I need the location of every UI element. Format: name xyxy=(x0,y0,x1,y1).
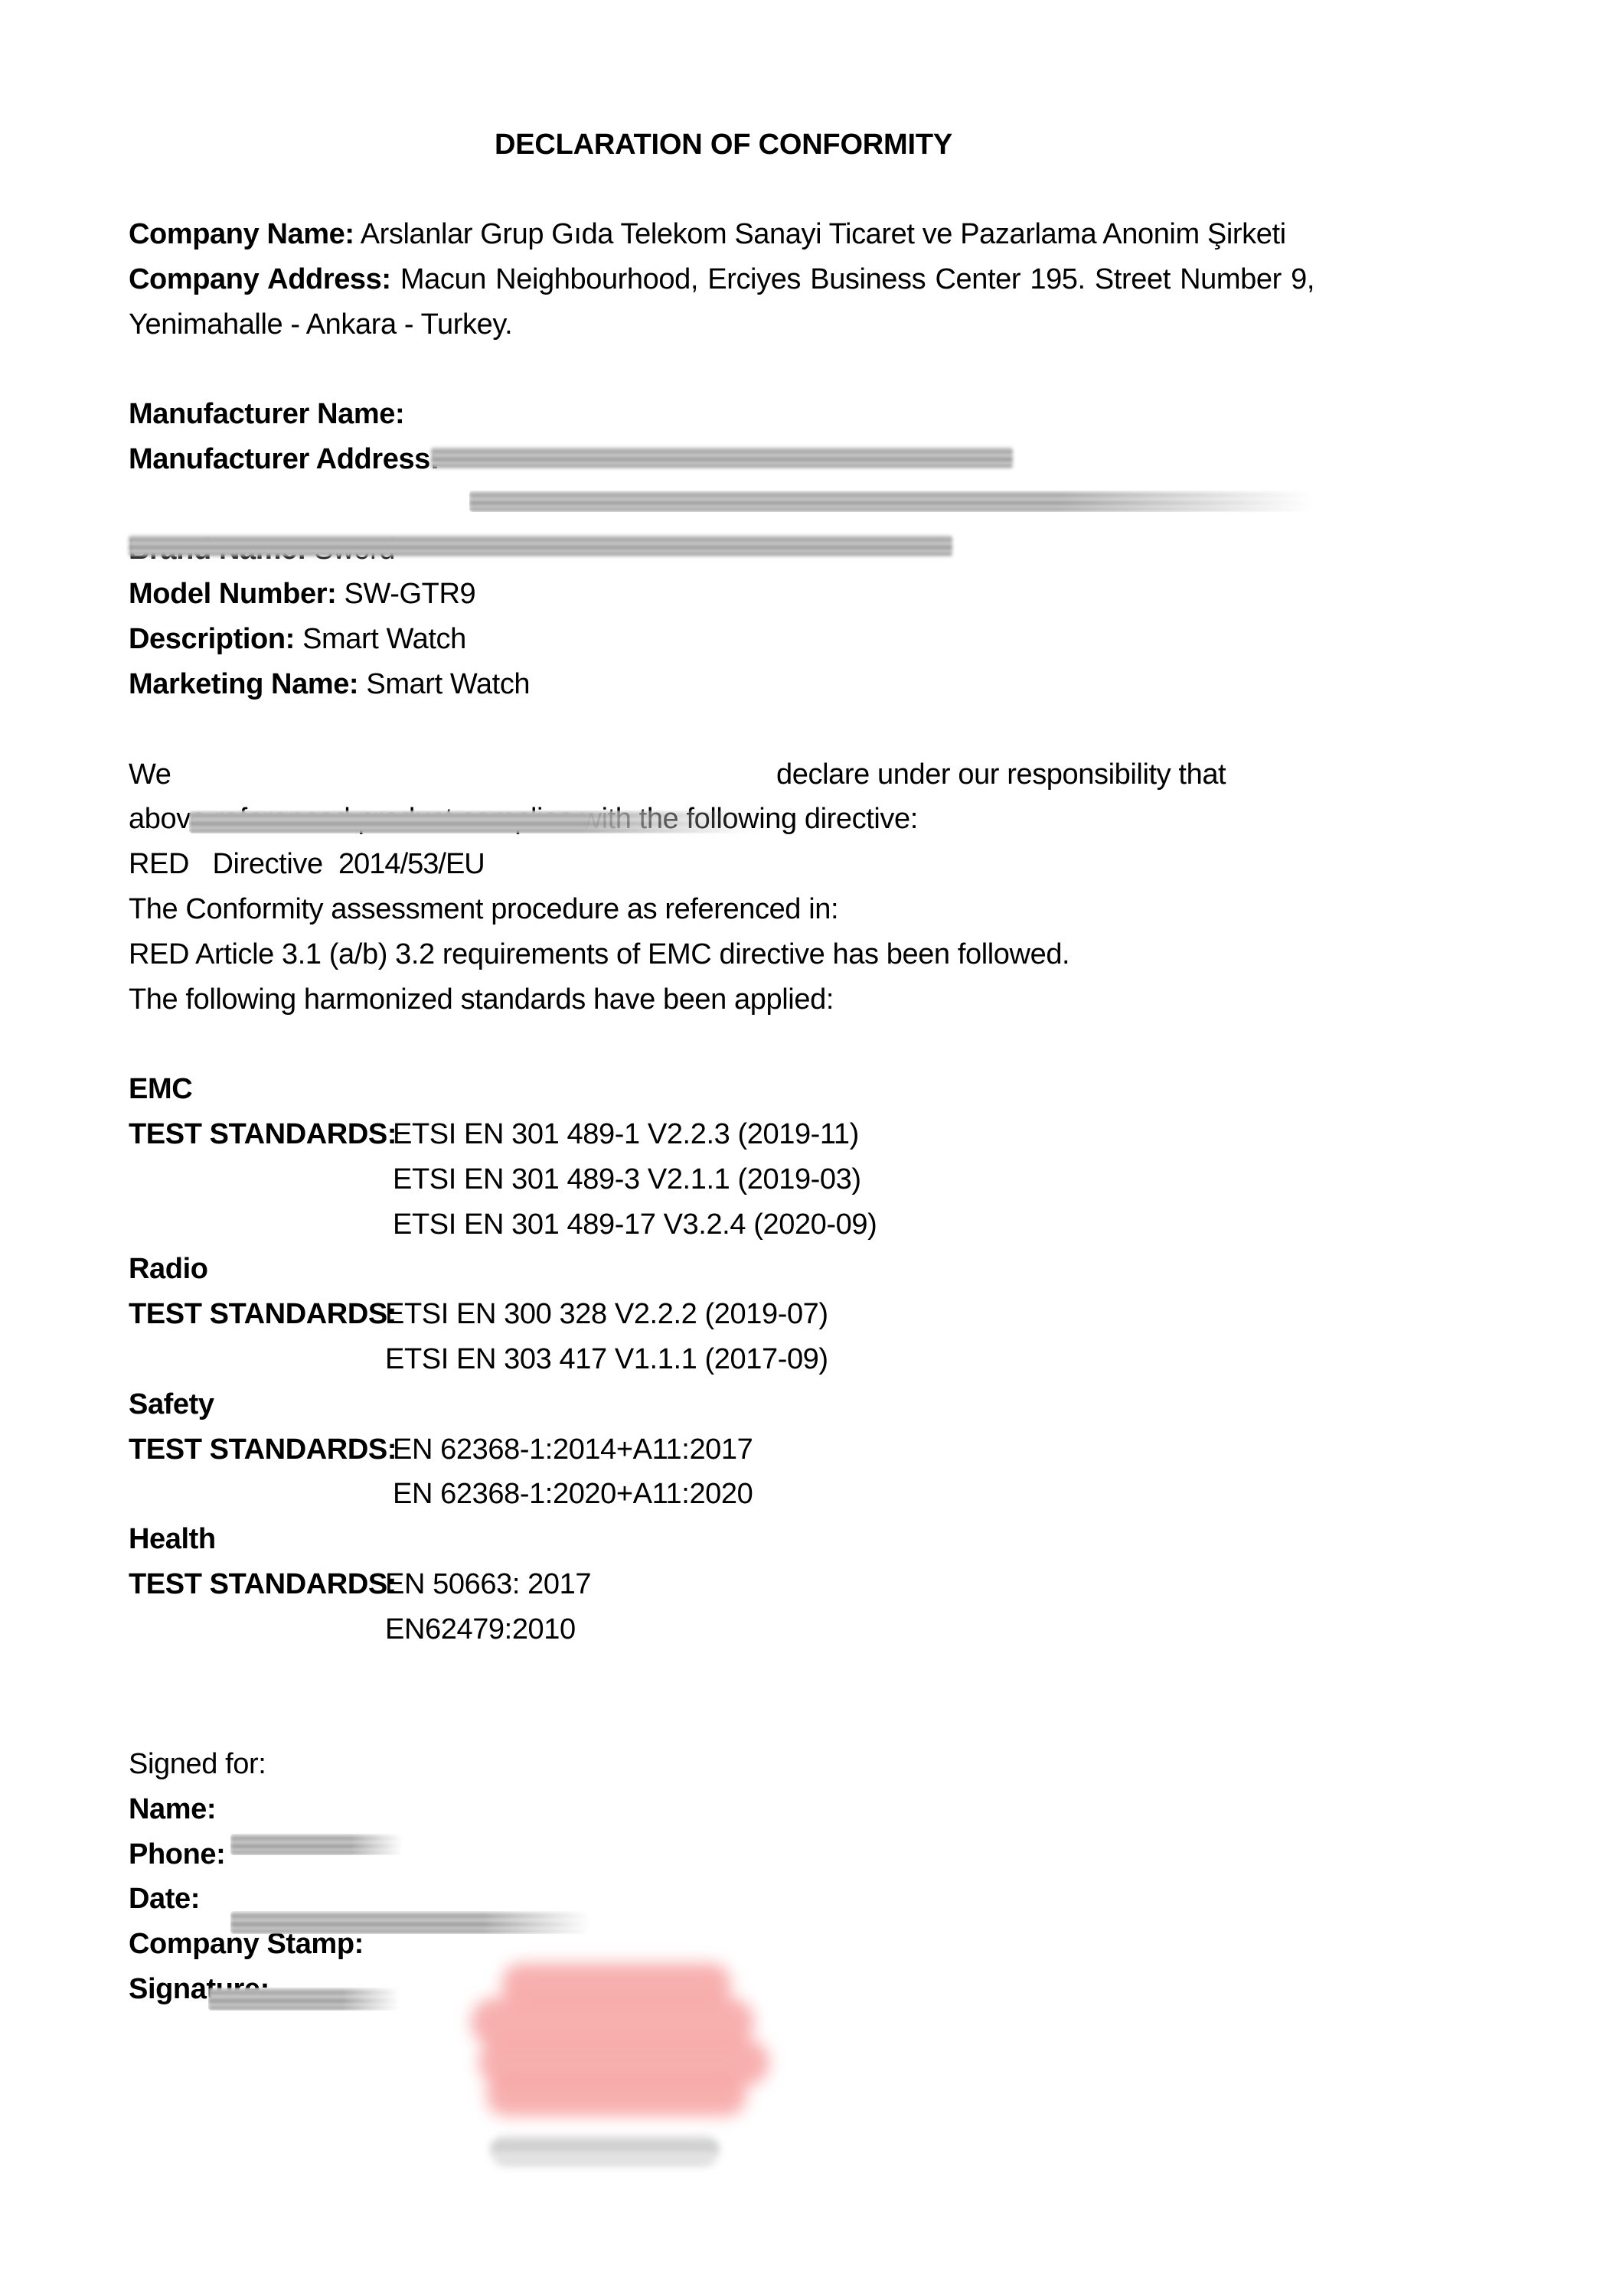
standards-category-safety: Safety xyxy=(129,1382,1314,1427)
standards-row: EN62479:2010 xyxy=(129,1607,1314,1652)
declaration-line-6: The following harmonized standards have … xyxy=(129,977,1314,1022)
signer-name-redaction xyxy=(230,1834,403,1855)
standards-category-emc: EMC xyxy=(129,1067,1314,1112)
standards-row: TEST STANDARDS:ETSI EN 300 328 V2.2.2 (2… xyxy=(129,1292,1314,1337)
manufacturer-name-redaction xyxy=(431,447,1013,468)
standard-item: EN 62368-1:2020+A11:2020 xyxy=(393,1472,753,1517)
spacer xyxy=(129,1022,1314,1067)
spacer xyxy=(129,1697,1314,1742)
test-standards-label: TEST STANDARDS: xyxy=(129,1298,397,1330)
manufacturer-name-field: Manufacturer Name: xyxy=(129,392,1314,437)
standards-row: EN 62368-1:2020+A11:2020 xyxy=(129,1472,1314,1517)
standard-item: EN 62368-1:2014+A11:2017 xyxy=(393,1427,753,1473)
signer-date-label: Date: xyxy=(129,1883,200,1915)
category-label: EMC xyxy=(129,1073,192,1105)
description-value: Smart Watch xyxy=(302,623,466,655)
standard-item: ETSI EN 301 489-1 V2.2.3 (2019-11) xyxy=(393,1112,859,1157)
standard-item: EN62479:2010 xyxy=(385,1607,576,1652)
signed-for: Signed for: xyxy=(129,1742,1314,1787)
standards-row: TEST STANDARDS:ETSI EN 301 489-1 V2.2.3 … xyxy=(129,1112,1314,1157)
marketing-name-field: Marketing Name: Smart Watch xyxy=(129,662,1314,707)
description-field: Description: Smart Watch xyxy=(129,617,1314,662)
standard-item: EN 50663: 2017 xyxy=(385,1562,591,1607)
company-address-label: Company Address: xyxy=(129,263,391,295)
company-name-value: Arslanlar Grup Gıda Telekom Sanayi Ticar… xyxy=(361,218,1286,250)
company-name-field: Company Name: Arslanlar Grup Gıda Teleko… xyxy=(129,212,1292,257)
standards-category-health: Health xyxy=(129,1517,1314,1562)
declaration-line-4: The Conformity assessment procedure as r… xyxy=(129,887,1314,932)
standards-row: TEST STANDARDS:EN 62368-1:2014+A11:2017 xyxy=(129,1427,1314,1473)
description-label: Description: xyxy=(129,623,295,655)
document-body: Company Name: Arslanlar Grup Gıda Teleko… xyxy=(129,212,1314,2012)
directive-line: RED Directive 2014/53/EU xyxy=(129,842,1314,887)
category-label: Health xyxy=(129,1523,216,1555)
standards-row: ETSI EN 301 489-3 V2.1.1 (2019-03) xyxy=(129,1157,1314,1202)
spacer xyxy=(129,1652,1314,1698)
company-stamp-redaction xyxy=(456,1948,769,2128)
standards-category-radio: Radio xyxy=(129,1247,1314,1292)
manufacturer-address-redaction xyxy=(469,491,1311,512)
manufacturer-name-label: Manufacturer Name: xyxy=(129,398,404,430)
declaration-line-5: RED Article 3.1 (a/b) 3.2 requirements o… xyxy=(129,932,1314,977)
test-standards-label: TEST STANDARDS: xyxy=(129,1118,397,1150)
model-number-field: Model Number: SW-GTR9 xyxy=(129,572,1314,617)
standards-row: TEST STANDARDS:EN 50663: 2017 xyxy=(129,1562,1314,1607)
declaration-line-1-rest: declare under our responsibility that xyxy=(776,752,1226,797)
category-label: Radio xyxy=(129,1253,208,1285)
spacer xyxy=(129,347,1314,392)
test-standards-label: TEST STANDARDS: xyxy=(129,1568,397,1600)
standards-row: ETSI EN 303 417 V1.1.1 (2017-09) xyxy=(129,1337,1314,1382)
model-number-label: Model Number: xyxy=(129,578,336,610)
test-standards-label: TEST STANDARDS: xyxy=(129,1433,397,1466)
document-title: DECLARATION OF CONFORMITY xyxy=(0,122,1447,167)
directive-number: 2014/53/EU xyxy=(338,848,485,880)
manufacturer-address-label: Manufacturer Address: xyxy=(129,443,439,475)
standard-item: ETSI EN 303 417 V1.1.1 (2017-09) xyxy=(385,1337,828,1382)
signer-name-field: Name: xyxy=(129,1787,1314,1832)
company-address-field: Company Address: Macun Neighbourhood, Er… xyxy=(129,257,1314,347)
document-page: DECLARATION OF CONFORMITY Company Name: … xyxy=(0,0,1623,2296)
marketing-name-value: Smart Watch xyxy=(366,668,530,700)
category-label: Safety xyxy=(129,1388,214,1420)
declaration-we: We xyxy=(129,758,171,791)
standard-item: ETSI EN 301 489-17 V3.2.4 (2020-09) xyxy=(393,1202,877,1247)
spacer xyxy=(129,707,1314,752)
company-name-label: Company Name: xyxy=(129,218,354,250)
standards-row: ETSI EN 301 489-17 V3.2.4 (2020-09) xyxy=(129,1202,1314,1247)
signer-date-redaction xyxy=(208,1988,400,2011)
marketing-name-label: Marketing Name: xyxy=(129,668,358,700)
signer-name-label: Name: xyxy=(129,1793,216,1825)
declaration-line-1: We declare under our responsibility that xyxy=(129,752,1314,797)
signer-phone-redaction xyxy=(230,1911,590,1934)
declarant-redaction xyxy=(189,810,752,833)
directive-prefix: RED Directive xyxy=(129,848,338,880)
signature-redaction xyxy=(490,2135,720,2166)
manufacturer-address-continuation-redaction xyxy=(129,535,952,556)
standard-item: ETSI EN 300 328 V2.2.2 (2019-07) xyxy=(385,1292,828,1337)
standard-item: ETSI EN 301 489-3 V2.1.1 (2019-03) xyxy=(393,1157,861,1202)
signer-phone-label: Phone: xyxy=(129,1838,225,1870)
model-number-value: SW-GTR9 xyxy=(345,578,476,610)
